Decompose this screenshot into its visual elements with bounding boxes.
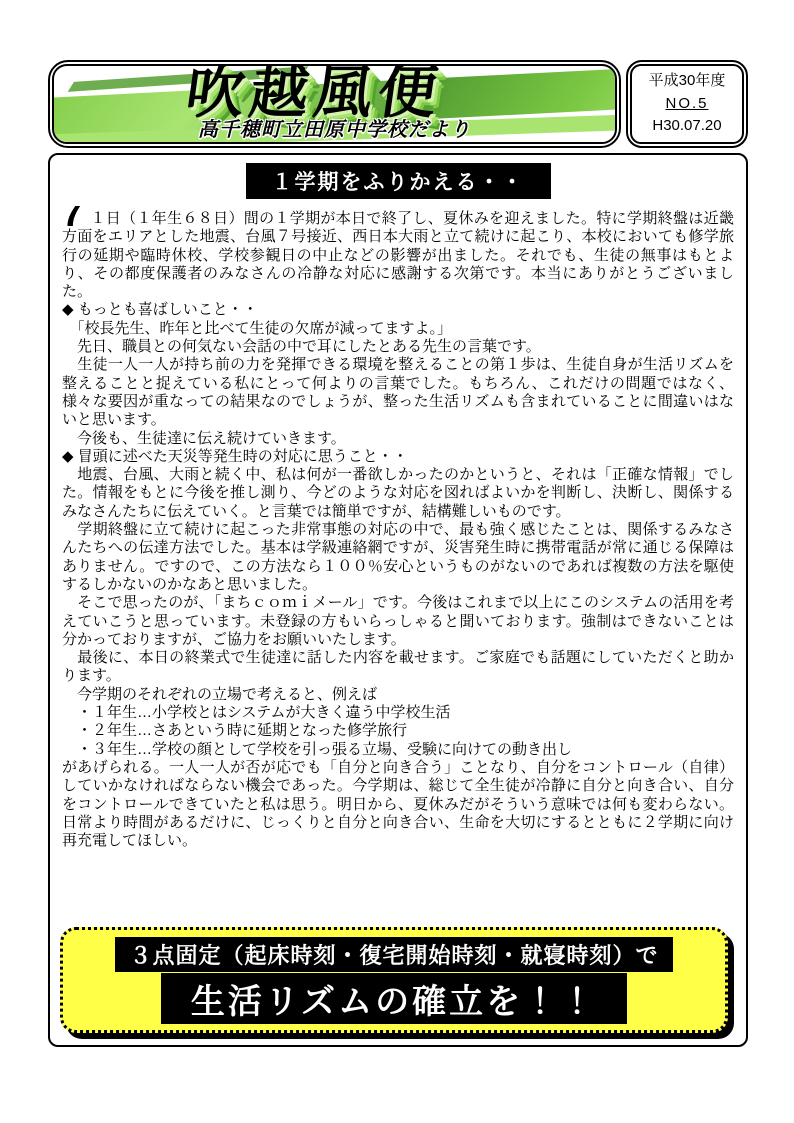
issue-era-year: 平成30年度 [649, 70, 726, 93]
body-paragraph: そこで思ったのが、「まちｃｏｍｉメール」です。今後はこれまで以上にこのシステムの… [62, 594, 734, 649]
highlight-title: 生活リズムの確立を！！ [161, 973, 627, 1024]
article-text: 7１日（１年生６８日）間の１学期が本日で終了し、夏休みを迎えました。特に学期終盤… [62, 206, 734, 928]
masthead-row: 吹越風便 高千穂町立田原中学校だより 平成30年度 NO.5 H30.07.20 [48, 60, 748, 148]
newsletter-subtitle: 高千穂町立田原中学校だより [54, 113, 615, 142]
body-paragraph: があげられる。一人一人が否が応でも「自分と向き合う」ことなり、自分をコントロール… [62, 759, 734, 850]
lead-paragraph: 7１日（１年生６８日）間の１学期が本日で終了し、夏休みを迎えました。特に学期終盤… [62, 206, 734, 301]
body-paragraph: 今後も、生徒達に伝え続けていきます。 [62, 430, 734, 448]
masthead: 吹越風便 高千穂町立田原中学校だより [48, 60, 621, 148]
section-heading: ◆ 冒頭に述べた天災等発生時の対応に思うこと・・ [62, 448, 734, 466]
masthead-frame: 吹越風便 高千穂町立田原中学校だより [52, 64, 617, 144]
newsletter-page: 吹越風便 高千穂町立田原中学校だより 平成30年度 NO.5 H30.07.20… [48, 60, 748, 1047]
body-paragraph: 生徒一人一人が持ち前の力を発揮できる環境を整えることの第１歩は、生徒自身が生活リ… [62, 356, 734, 429]
body-paragraph: 地震、台風、大雨と続く中、私は何が一番欲しかったのかというと、それは「正確な情報… [62, 466, 734, 521]
list-item: ・１年生…小学校とはシステムが大きく違う中学校生活 [62, 704, 734, 722]
article-headline-band: １学期をふりかえる・・ [246, 163, 551, 199]
body-paragraph: 最後に、本日の終業式で生徒達に話した内容を載せます。ご家庭でも話題にしていただく… [62, 649, 734, 686]
body-paragraph: 「校長先生、昨年と比べて生徒の欠席が減ってますよ。」 [62, 320, 734, 338]
body-paragraph: 先日、職員との何気ない会話の中で耳にしたとある先生の言葉です。 [62, 338, 734, 356]
lead-text: １日（１年生６８日）間の１学期が本日で終了し、夏休みを迎えました。特に学期終盤は… [62, 210, 734, 300]
issue-date: H30.07.20 [652, 115, 721, 138]
highlight-box: ３点固定（起床時刻・復宅開始時刻・就寝時刻）で 生活リズムの確立を！！ [60, 927, 728, 1033]
body-paragraph: 学期終盤に立て続けに起こった非常事態の対応の中で、最も強く感じたことは、関係する… [62, 521, 734, 594]
highlight-subtitle: ３点固定（起床時刻・復宅開始時刻・就寝時刻）で [115, 937, 672, 972]
article-body-box: １学期をふりかえる・・ 7１日（１年生６８日）間の１学期が本日で終了し、夏休みを… [48, 153, 748, 1047]
issue-number: NO.5 [665, 93, 708, 116]
issue-info-frame: 平成30年度 NO.5 H30.07.20 [630, 64, 744, 144]
list-item: ・２年生…さあという時に延期となった修学旅行 [62, 722, 734, 740]
issue-info-box: 平成30年度 NO.5 H30.07.20 [626, 60, 748, 148]
list-item: ・３年生…学校の顔として学校を引っ張る立場、受験に向けての動き出し [62, 741, 734, 759]
body-paragraph: 今学期のそれぞれの立場で考えると、例えば [62, 686, 734, 704]
section-heading: ◆ もっとも喜ばしいこと・・ [62, 301, 734, 319]
article-headline: １学期をふりかえる・・ [272, 171, 525, 194]
